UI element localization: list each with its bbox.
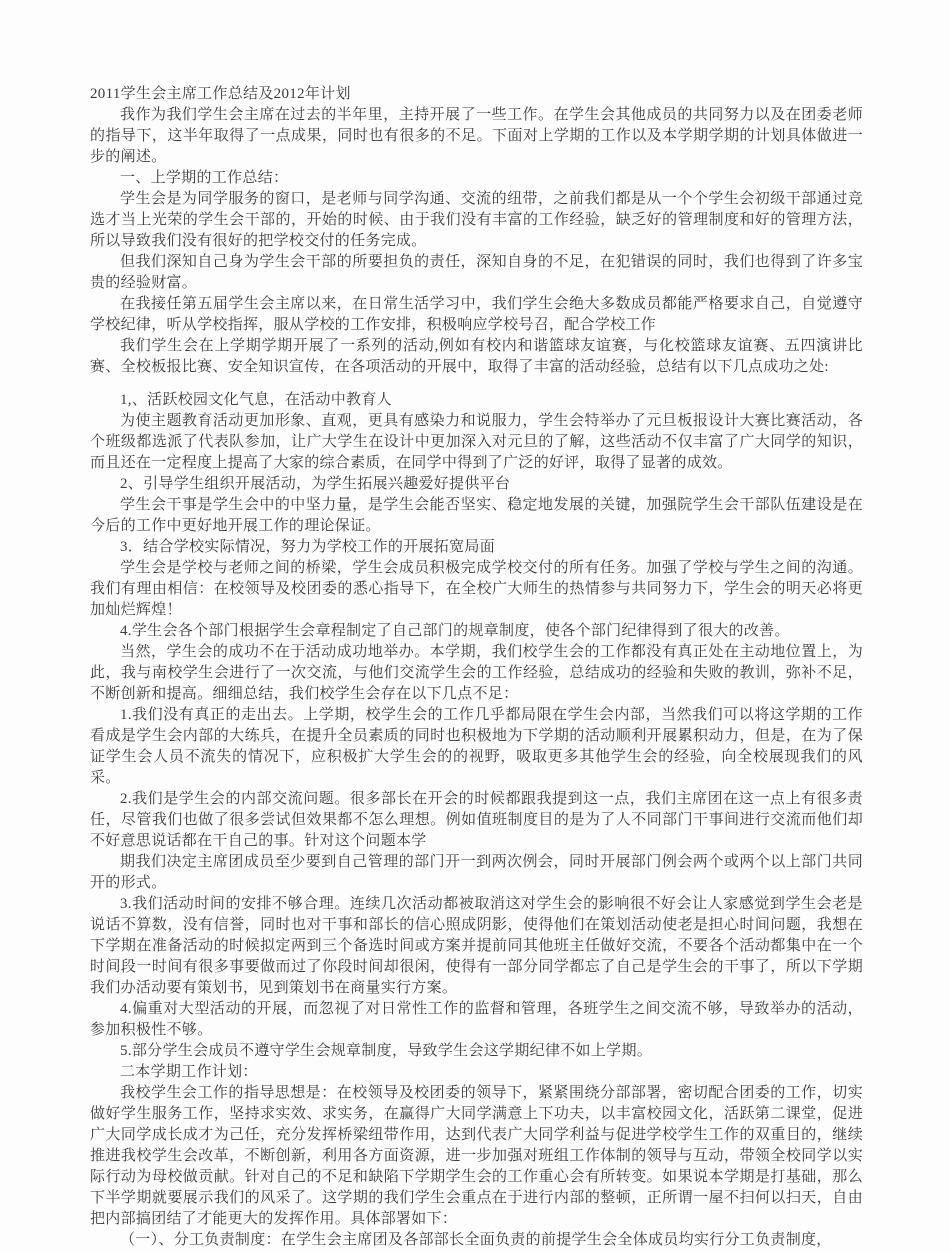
document-page: 2011学生会主席工作总结及2012年计划 我作为我们学生会主席在过去的半年里，… [90, 84, 863, 1230]
paragraph-shortcoming-5: 5.部分学生会成员不遵守学生会规章制度，导致学生会这学期纪律不如上学期。 [90, 1041, 863, 1062]
document-title: 2011学生会主席工作总结及2012年计划 [90, 84, 863, 105]
paragraph: 我们学生会在上学期学期开展了一系列的活动,例如有校内和谐篮球友谊赛，与化校篮球友… [90, 336, 863, 378]
paragraph: 期我们决定主席团成员至少要到自己管理的部门开一到两次例会，同时开展部门例会两个或… [90, 852, 863, 894]
paragraph: 在我接任第五届学生会主席以来，在日常生活学习中，我们学生会绝大多数成员都能严格要… [90, 294, 863, 336]
paragraph-shortcoming-2: 2.我们是学生会的内部交流问题。很多部长在开会的时候都跟我提到这一点，我们主席团… [90, 789, 863, 852]
paragraph-shortcoming-4: 4.偏重对大型活动的开展，而忽视了对日常性工作的监督和管理，各班学生之间交流不够… [90, 999, 863, 1041]
paragraph-shortcoming-3: 3.我们活动时间的安排不够合理。连续几次活动都被取消这对学生会的影响很不好会让人… [90, 894, 863, 999]
paragraph-guiding-principles: 我校学生会工作的指导思想是：在校领导及校团委的领导下，紧紧围绕分部部署，密切配合… [90, 1083, 863, 1230]
heading-success-point-2: 2、引导学生组织开展活动，为学生拓展兴趣爱好提供平台 [90, 474, 863, 495]
paragraph-intro: 我作为我们学生会主席在过去的半年里，主持开展了一些工作。在学生会其他成员的共同努… [90, 105, 863, 168]
heading-success-point-1: 1,、活跃校园文化气息，在活动中教育人 [90, 390, 863, 411]
blank-line [90, 378, 863, 390]
heading-success-point-4: 4.学生会各个部门根据学生会章程制定了自己部门的规章制度，使各个部门纪律得到了很… [90, 621, 863, 642]
paragraph: 学生会干事是学生会中的中坚力量，是学生会能否坚实、稳定地发展的关键，加强院学生会… [90, 495, 863, 537]
paragraph: 为使主题教育活动更加形象、直观，更具有感染力和说服力，学生会特举办了元旦板报设计… [90, 411, 863, 474]
heading-last-term-summary: 一、上学期的工作总结： [90, 168, 863, 189]
paragraph: 学生会是为同学服务的窗口，是老师与同学沟通、交流的纽带，之前我们都是从一个个学生… [90, 189, 863, 252]
paragraph: 但我们深知自己身为学生会干部的所要担负的责任，深知自身的不足，在犯错误的同时，我… [90, 252, 863, 294]
paragraph-shortcoming-1: 1.我们没有真正的走出去。上学期，校学生会的工作几乎都局限在学生会内部，当然我们… [90, 705, 863, 789]
heading-success-point-3: 3．结合学校实际情况，努力为学校工作的开展拓宽局面 [90, 537, 863, 558]
paragraph: 当然，学生会的成功不在于活动成功地举办。本学期，我们校学生会的工作都没有真正处在… [90, 642, 863, 705]
paragraph: 学生会是学校与老师之间的桥梁，学生会成员积极完成学校交付的所有任务。加强了学校与… [90, 558, 863, 621]
heading-this-term-plan: 二本学期工作计划： [90, 1062, 863, 1083]
